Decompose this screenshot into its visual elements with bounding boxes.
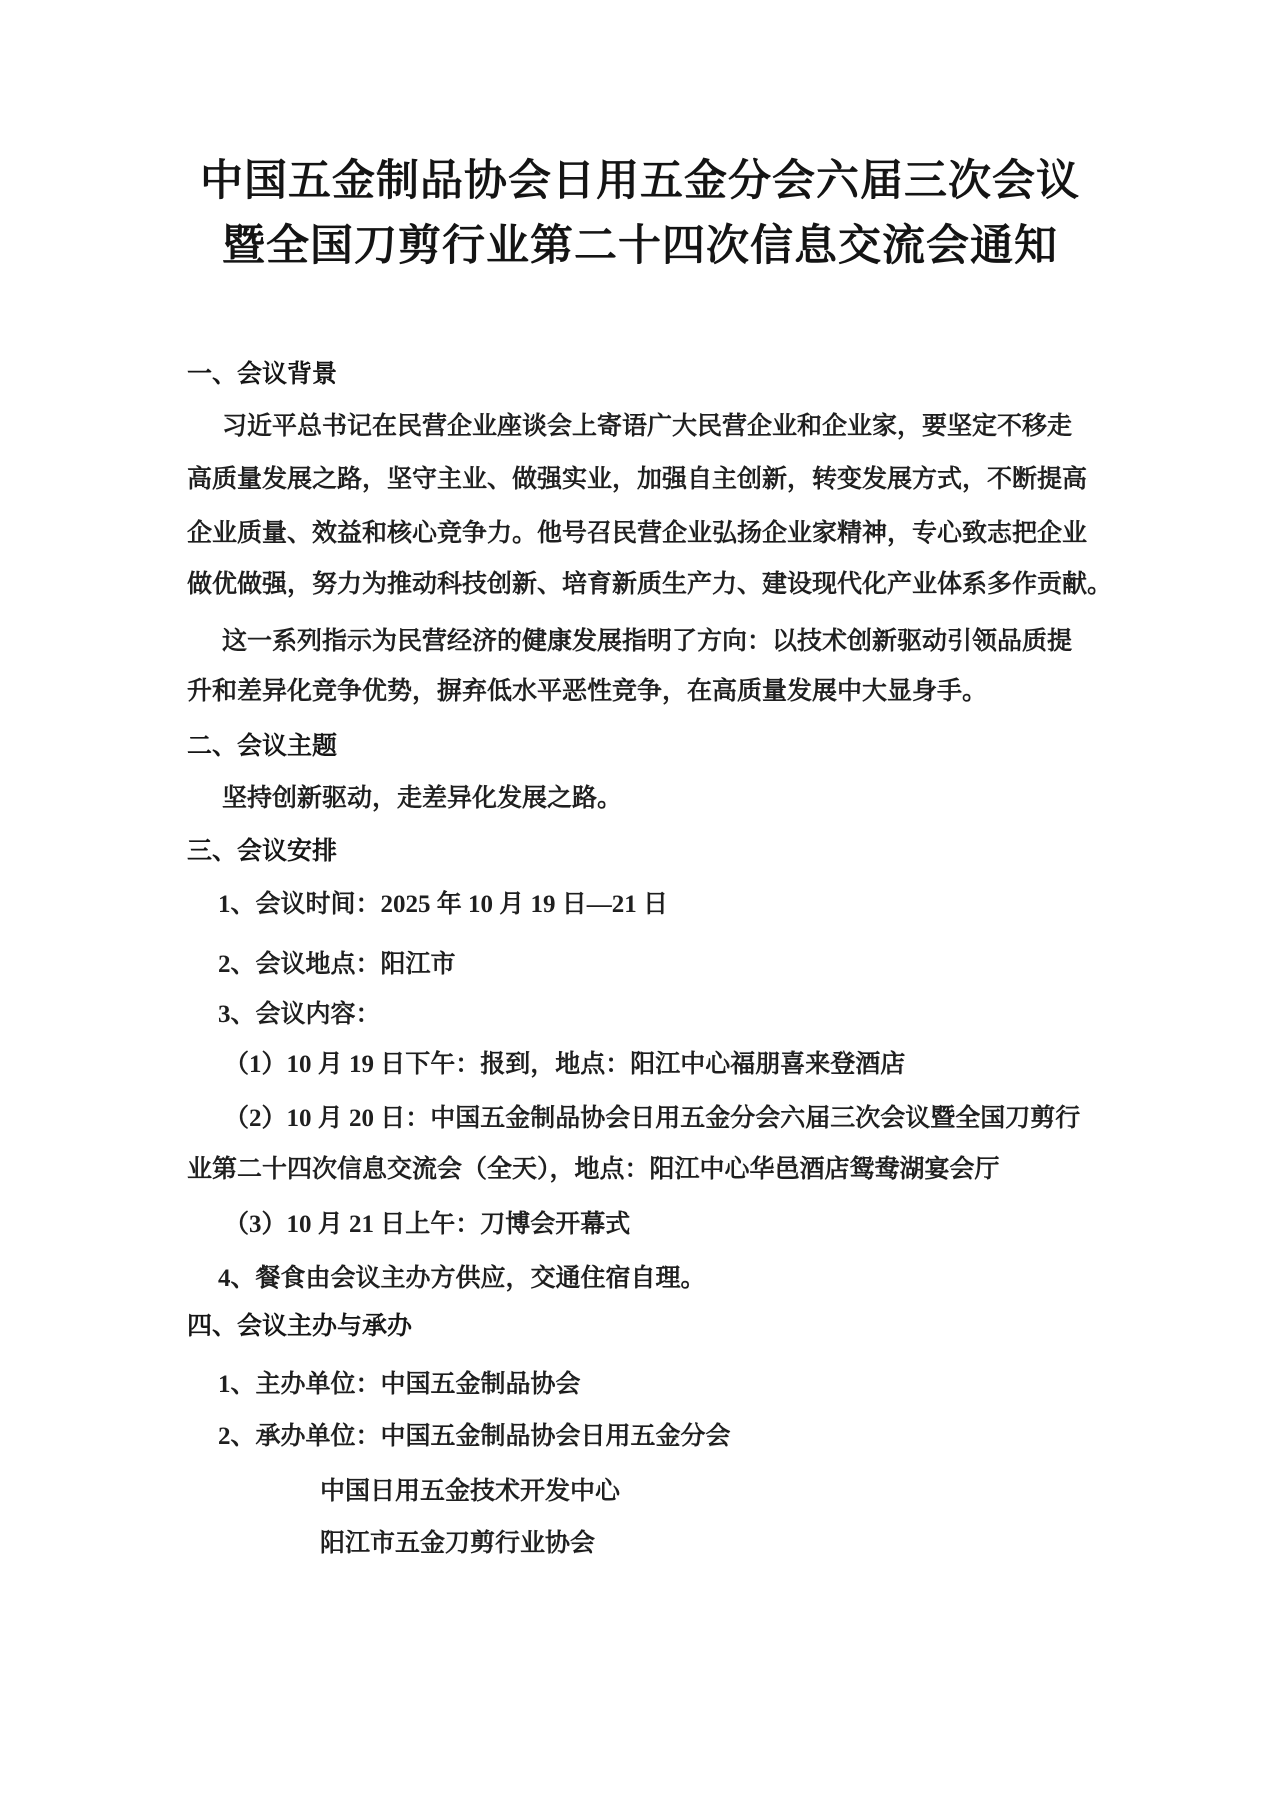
schedule-item-2-line: （2）10 月 20 日：中国五金制品协会日用五金分会六届三次会议暨全国刀剪行: [224, 1105, 1080, 1134]
organizers-organizer-line: 阳江市五金刀剪行业协会: [320, 1530, 595, 1559]
section-heading-schedule: 三、会议安排: [187, 838, 337, 867]
organizers-host-line: 1、主办单位：中国五金制品协会: [218, 1371, 581, 1400]
schedule-meals-line: 4、餐食由会议主办方供应，交通住宿自理。: [218, 1265, 706, 1294]
background-paragraph-line: 升和差异化竞争优势，摒弃低水平恶性竞争，在高质量发展中大显身手。: [187, 678, 987, 707]
organizers-organizer-line: 中国日用五金技术开发中心: [320, 1478, 620, 1507]
section-heading-theme: 二、会议主题: [187, 733, 337, 762]
background-paragraph-line: 企业质量、效益和核心竞争力。他号召民营企业弘扬企业家精神，专心致志把企业: [187, 520, 1087, 549]
schedule-item-1-line: （1）10 月 19 日下午：报到，地点：阳江中心福朋喜来登酒店: [224, 1051, 905, 1080]
schedule-content-label-line: 3、会议内容：: [218, 1001, 381, 1030]
schedule-time-line: 1、会议时间：2025 年 10 月 19 日—21 日: [218, 891, 668, 920]
organizers-organizer-line: 2、承办单位：中国五金制品协会日用五金分会: [218, 1423, 731, 1452]
schedule-item-2-line: 业第二十四次信息交流会（全天），地点：阳江中心华邑酒店鸳鸯湖宴会厅: [187, 1156, 1000, 1185]
background-paragraph-line: 高质量发展之路，坚守主业、做强实业，加强自主创新，转变发展方式，不断提高: [187, 466, 1087, 495]
section-heading-background: 一、会议背景: [187, 361, 337, 390]
background-paragraph-line: 这一系列指示为民营经济的健康发展指明了方向：以技术创新驱动引领品质提: [222, 628, 1072, 657]
document-page: 中国五金制品协会日用五金分会六届三次会议 暨全国刀剪行业第二十四次信息交流会通知…: [0, 0, 1280, 1811]
document-title-line-2: 暨全国刀剪行业第二十四次信息交流会通知: [222, 225, 1058, 268]
document-title-line-1: 中国五金制品协会日用五金分会六届三次会议: [200, 160, 1080, 203]
background-paragraph-line: 习近平总书记在民营企业座谈会上寄语广大民营企业和企业家，要坚定不移走: [222, 413, 1072, 442]
schedule-location-line: 2、会议地点：阳江市: [218, 951, 456, 980]
section-heading-organizers: 四、会议主办与承办: [187, 1313, 412, 1342]
background-paragraph-line: 做优做强，努力为推动科技创新、培育新质生产力、建设现代化产业体系多作贡献。: [187, 571, 1112, 600]
schedule-item-3-line: （3）10 月 21 日上午：刀博会开幕式: [224, 1211, 630, 1240]
theme-content-line: 坚持创新驱动，走差异化发展之路。: [222, 785, 622, 814]
